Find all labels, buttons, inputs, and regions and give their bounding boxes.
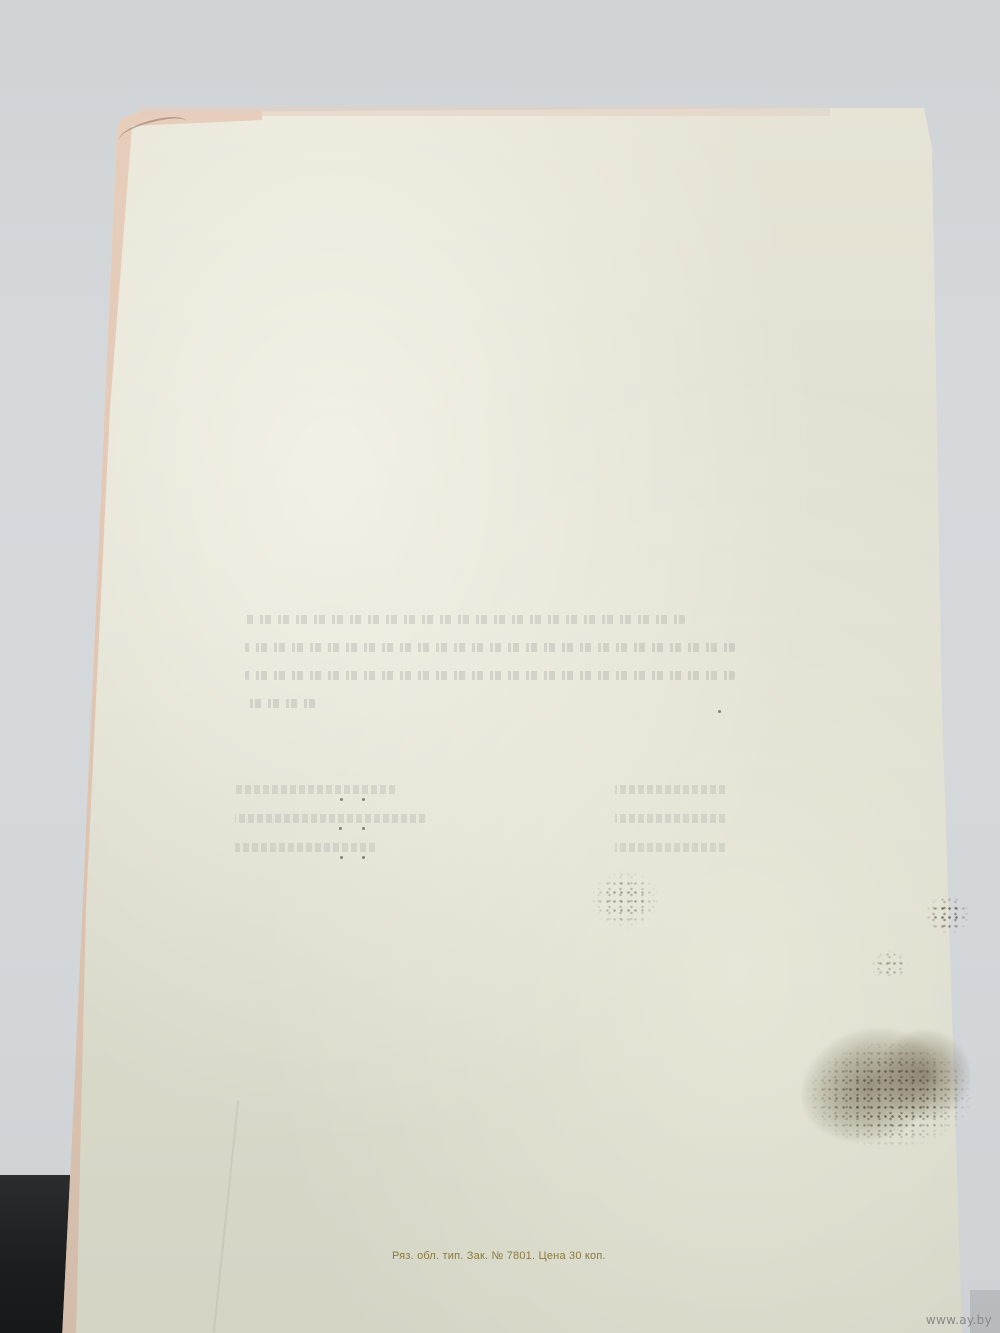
show-through-list — [235, 785, 725, 872]
dirt-specks — [805, 1040, 975, 1150]
dark-object-background — [0, 1175, 70, 1333]
ink-dot — [362, 798, 365, 801]
photo-scene: Ряз. обл. тип. Зак. № 7801. Цена 30 коп.… — [0, 0, 1000, 1333]
ink-dot — [362, 856, 365, 859]
dirt-specks — [590, 870, 660, 930]
ink-dot — [339, 827, 342, 830]
show-through-paragraph — [245, 615, 735, 727]
paper-top-edge — [140, 106, 830, 116]
ink-dot — [340, 798, 343, 801]
ink-dot — [362, 827, 365, 830]
printing-imprint: Ряз. обл. тип. Зак. № 7801. Цена 30 коп. — [392, 1250, 606, 1262]
watermark: www.ay.by — [926, 1313, 992, 1327]
ink-dot — [718, 710, 721, 713]
dirt-specks — [925, 895, 970, 935]
ink-dot — [340, 856, 343, 859]
dirt-specks — [870, 950, 910, 980]
